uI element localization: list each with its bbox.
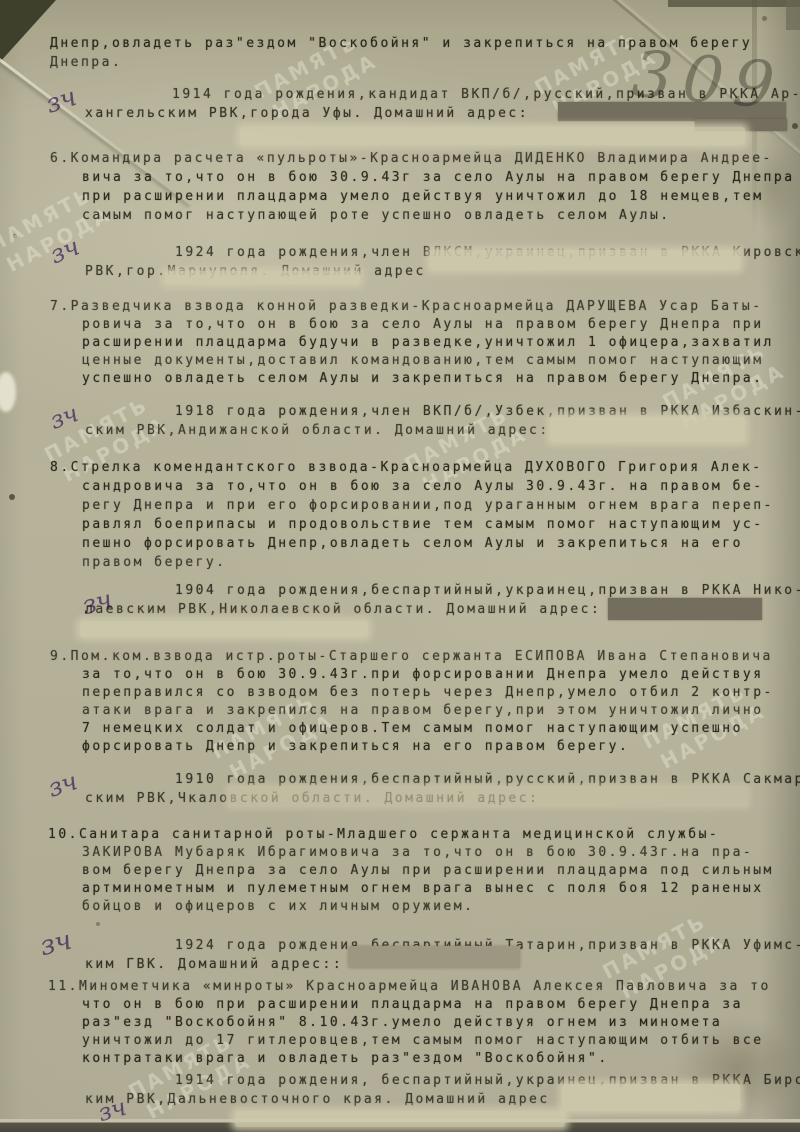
typed-line: 10.Санитара санитарной роты-Младшего сер… [48,827,719,842]
redaction-blur [228,786,748,807]
typed-line: ким РВК,Дальневосточного края. Домашний … [85,1092,550,1107]
typed-line: ским РВК,Андижанской области. Домашний а… [85,423,550,438]
typed-line: раз"езд "Воскобойня" 8.10.43г.умело дейс… [82,1015,722,1030]
handwritten-mark: зч [44,766,81,803]
typed-line: Днепра. [50,55,122,70]
ink-speck [9,494,15,500]
typed-line: вича за то,что он в бою 30.9.43г за село… [82,170,795,185]
typed-line: при расширении плацдарма умело действуя … [82,189,764,204]
typed-line: 7 немецких солдат и офицеров.Тем самым п… [82,721,743,736]
redaction-blur [240,127,745,145]
typed-line: что он в бою при расширении плацдарма на… [82,997,743,1012]
redaction-bar [348,946,520,968]
typed-line: ким ГВК. Домашний адрес:: [85,957,343,972]
redaction-bar [608,598,762,620]
typed-line: 1910 года рождения,беспартийный,русский,… [175,772,800,787]
paper-damage-spot [0,372,16,412]
handwritten-mark: зч [46,399,82,435]
typed-line: атаки врага и закрепился на правом берег… [82,703,764,718]
typed-line: артминометным и пулеметным огнем врага в… [82,881,764,896]
typed-line: уничтожил до 17 гитлеровцев,тем самым по… [82,1033,764,1048]
handwritten-page-number: 309 [629,38,787,125]
redaction-blur [80,621,368,637]
typed-line: ровича за то,что он в бою за село Аулы н… [82,317,764,332]
ink-speck [792,123,798,129]
handwritten-mark: зч [37,925,75,963]
ink-speck [762,16,767,21]
typed-line: регу Днепра и при его форсировании,под у… [82,498,774,513]
ink-speck [96,922,100,926]
typed-line: 1904 года рождения,беспартийный,украинец… [175,583,800,598]
typed-line: сандровича за то,что он в бою за село Ау… [82,479,764,494]
typed-line: ЗАКИРОВА Мубаряк Ибрагимовича за то,что … [82,845,753,860]
redaction-blur [430,250,740,270]
scanned-document-page: ПАМЯТЬНАРОДА ПАМЯТЬНАРОДА ПАМЯТЬНАРОДА П… [0,0,800,1132]
typed-line: лаевским РВК,Николаевской области. Домаш… [85,602,601,617]
typed-line: 9.Пом.ком.взвода истр.роты-Старшего серж… [50,649,773,664]
typed-line: форсировать Днепр и закрепиться на его п… [82,739,629,754]
typed-line: 8.Стрелка комендантского взвода-Красноар… [50,460,763,475]
typed-line: 7.Разведчика взвода конной разведки-Крас… [50,299,763,314]
ink-speck [13,234,17,238]
typed-line: 6.Командира расчета «пульроты»-Красноарм… [50,151,773,166]
scan-edge-corner [786,0,800,30]
typed-line: бойцов и офицеров с их личным оружием. [82,899,474,914]
redaction-blur [562,1084,740,1111]
typed-line: расширении плацдарма будучи в разведке,у… [82,335,774,350]
typed-line: самым помог наступающей роте успешно овл… [82,208,671,223]
typed-line: за то,что он в бою 30.9.43г.при форсиров… [82,667,764,682]
redaction-blur [235,1111,565,1127]
redaction-blur [165,271,360,284]
redaction-blur [550,417,745,442]
typed-line: успешно овладеть селом Аулы и закрепитьс… [82,371,764,386]
handwritten-mark: зч [46,232,84,270]
typed-line: ценные документы,доставил командованию,т… [82,353,764,368]
typed-line: равлял боеприпасы и продовольствие тем с… [82,517,764,532]
typed-line: хангельским РВК,города Уфы. Домашний адр… [85,106,529,121]
typed-line: переправился со взводом без потерь через… [82,685,774,700]
typed-line: 11.Минометчика «минроты» Красноармейца И… [48,979,771,994]
typed-line: пешно форсировать Днепр,овладеть селом А… [82,536,743,551]
watermark-pamyat-naroda: ПАМЯТЬНАРОДА [591,905,729,1012]
typed-line: правом берегу. [82,555,227,570]
typed-line: контратаки врага и овладеть раз"ездом "В… [82,1051,609,1066]
scan-edge-top [668,0,800,7]
typed-line: вом берегу Днепра за село Аулы при расши… [82,863,774,878]
page-corner-fold [0,0,56,62]
